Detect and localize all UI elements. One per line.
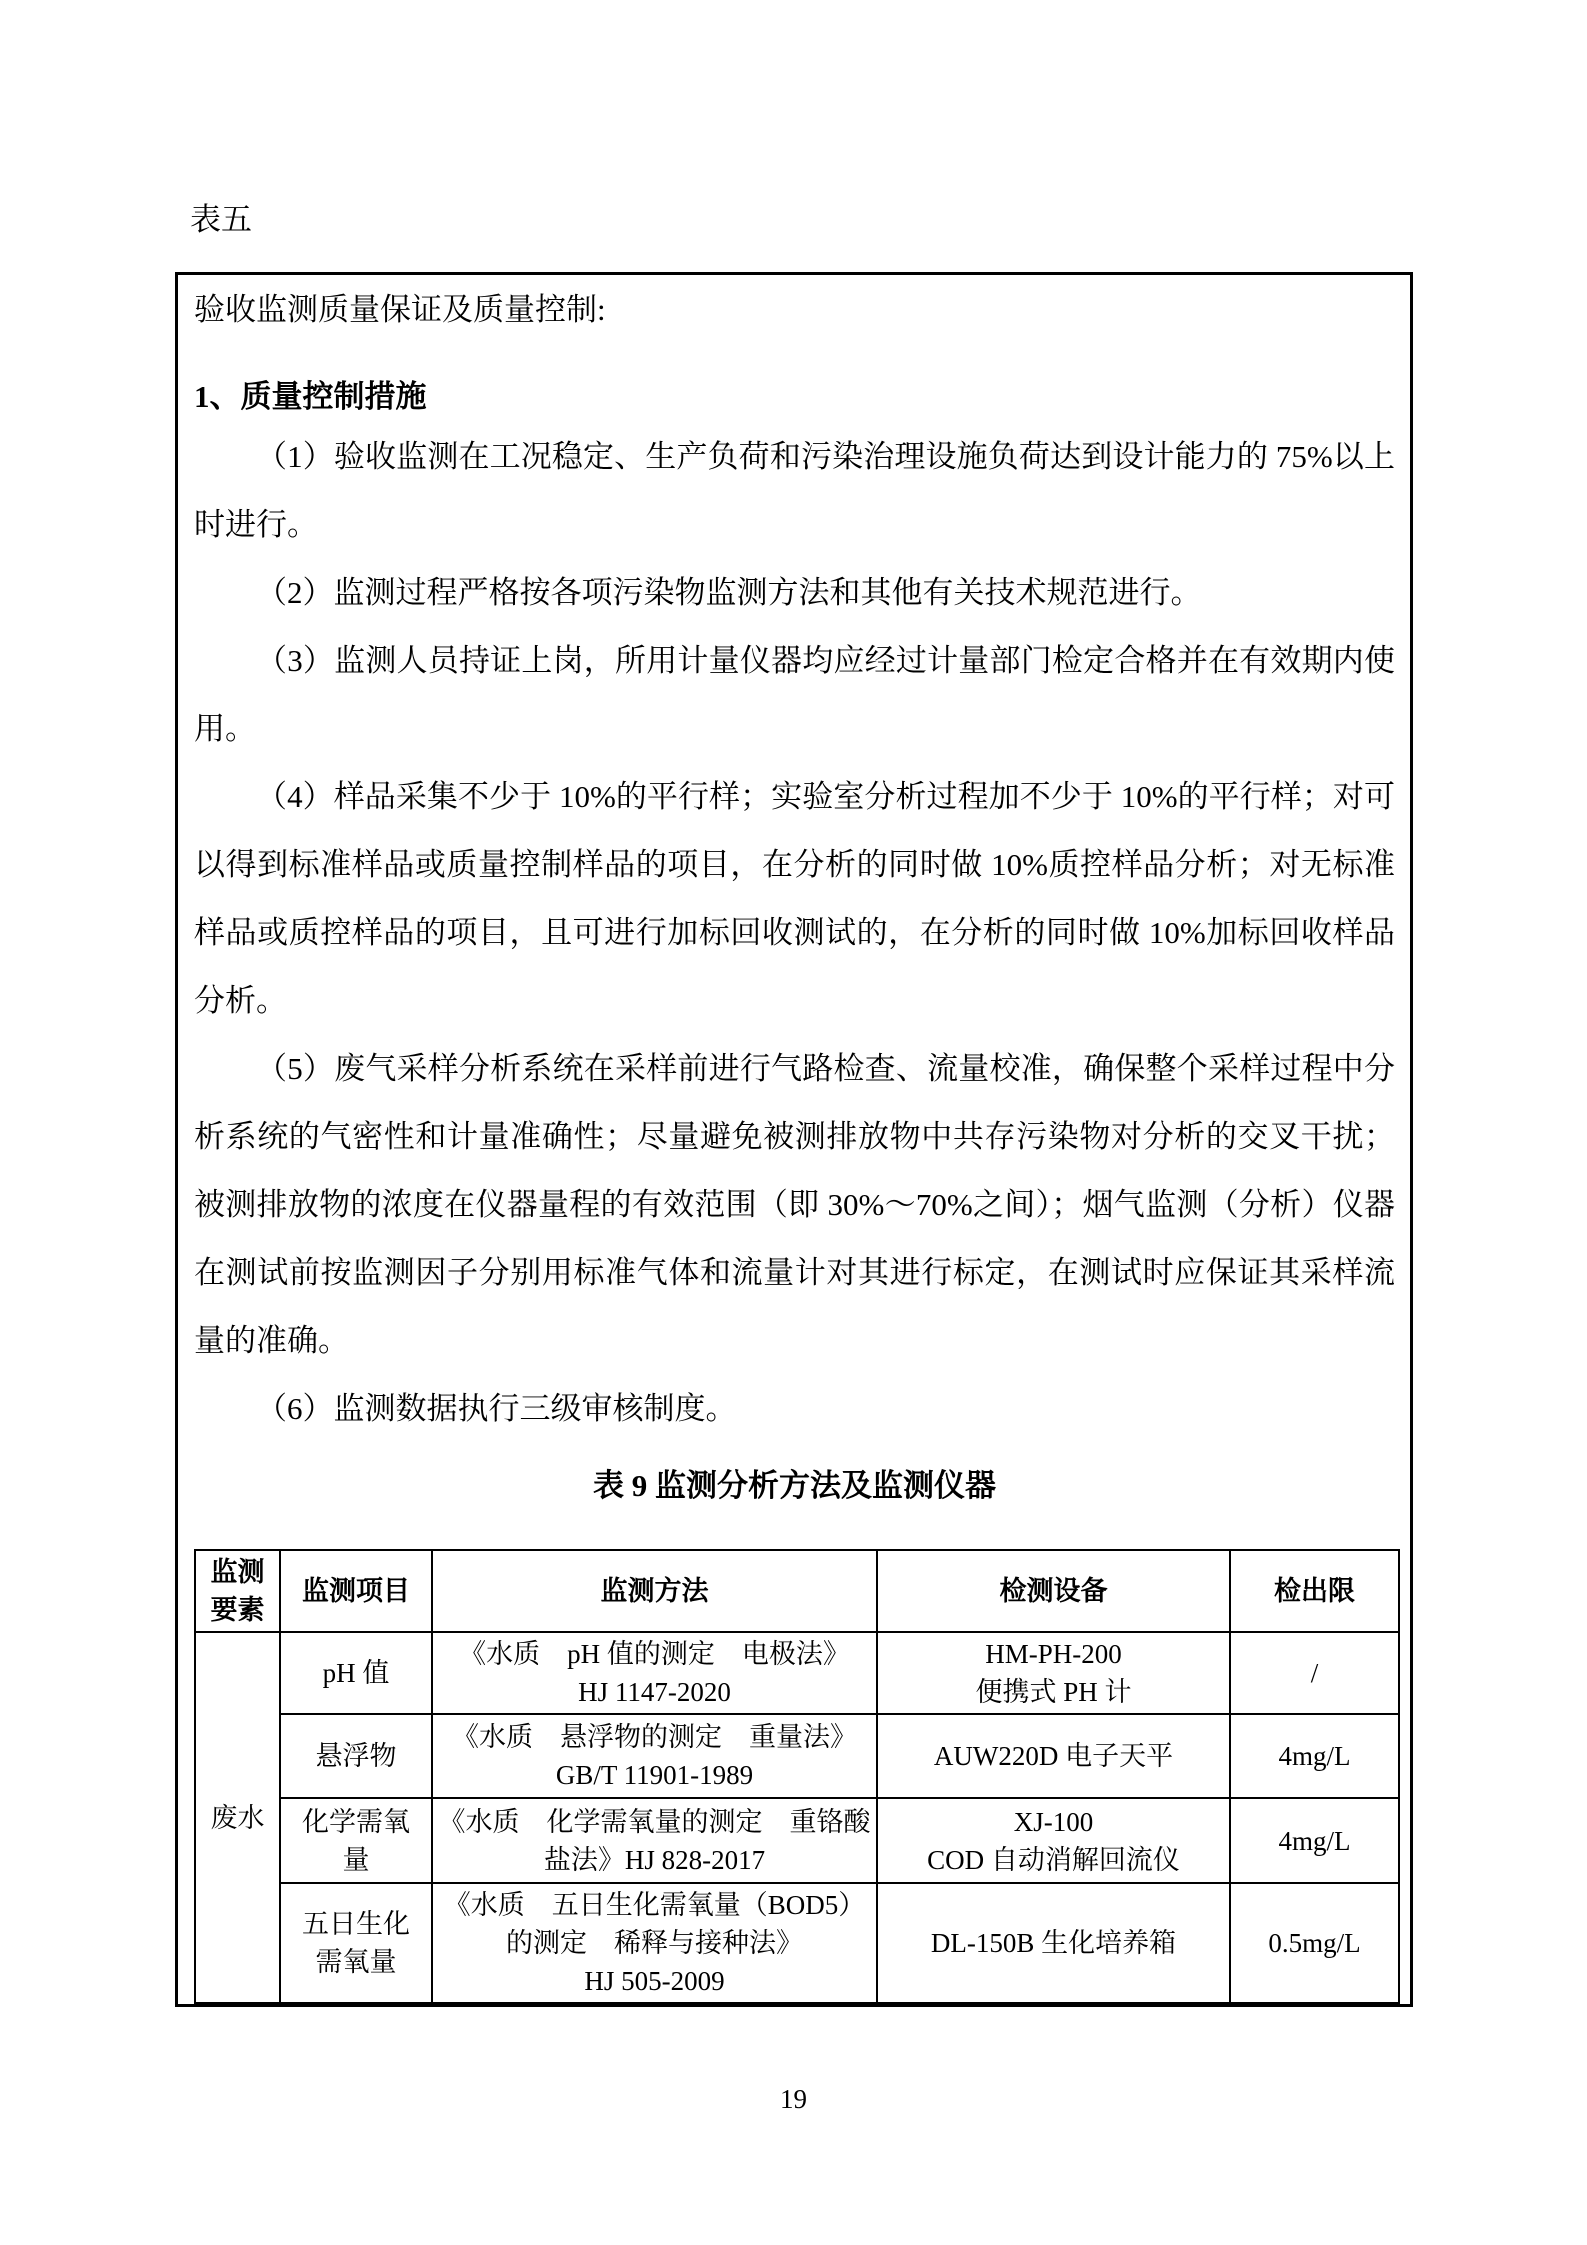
table-title: 表 9 监测分析方法及监测仪器	[194, 1459, 1395, 1513]
monitoring-table: 监测 要素 监测项目 监测方法 检测设备 检出限 废水 pH 值 《水质 pH …	[194, 1549, 1400, 2004]
table-row-ph: 废水 pH 值 《水质 pH 值的测定 电极法》 HJ 1147-2020 HM…	[195, 1632, 1399, 1714]
paragraph-4: （4）样品采集不少于 10%的平行样；实验室分析过程加不少于 10%的平行样；对…	[194, 763, 1395, 1035]
table-row-ss: 悬浮物 《水质 悬浮物的测定 重量法》 GB/T 11901-1989 AUW2…	[195, 1714, 1399, 1798]
item-cell: pH 值	[280, 1632, 432, 1714]
device-cell: DL-150B 生化培养箱	[877, 1883, 1230, 2003]
method-cell: 《水质 pH 值的测定 电极法》 HJ 1147-2020	[432, 1632, 877, 1714]
limit-cell: /	[1230, 1632, 1399, 1714]
intro-text: 验收监测质量保证及质量控制:	[194, 285, 1395, 335]
table-row-cod: 化学需氧 量 《水质 化学需氧量的测定 重铬酸 盐法》HJ 828-2017 X…	[195, 1798, 1399, 1883]
limit-cell: 4mg/L	[1230, 1798, 1399, 1883]
device-cell: AUW220D 电子天平	[877, 1714, 1230, 1798]
content-box: 验收监测质量保证及质量控制: 1、质量控制措施 （1）验收监测在工况稳定、生产负…	[175, 272, 1413, 2007]
item-cell: 五日生化 需氧量	[280, 1883, 432, 2003]
element-cell: 废水	[195, 1632, 280, 2003]
device-cell: HM-PH-200 便携式 PH 计	[877, 1632, 1230, 1714]
col-header-element: 监测 要素	[195, 1550, 280, 1632]
col-header-method: 监测方法	[432, 1550, 877, 1632]
paragraph-6: （6）监测数据执行三级审核制度。	[194, 1375, 1395, 1443]
method-cell: 《水质 化学需氧量的测定 重铬酸 盐法》HJ 828-2017	[432, 1798, 877, 1883]
paragraph-3: （3）监测人员持证上岗，所用计量仪器均应经过计量部门检定合格并在有效期内使用。	[194, 627, 1395, 763]
limit-cell: 4mg/L	[1230, 1714, 1399, 1798]
page-number: 19	[0, 2082, 1587, 2116]
table-header-row: 监测 要素 监测项目 监测方法 检测设备 检出限	[195, 1550, 1399, 1632]
device-cell: XJ-100 COD 自动消解回流仪	[877, 1798, 1230, 1883]
paragraph-1: （1）验收监测在工况稳定、生产负荷和污染治理设施负荷达到设计能力的 75%以上时…	[194, 423, 1395, 559]
col-header-limit: 检出限	[1230, 1550, 1399, 1632]
paragraph-2: （2）监测过程严格按各项污染物监测方法和其他有关技术规范进行。	[194, 559, 1395, 627]
paragraph-5: （5）废气采样分析系统在采样前进行气路检查、流量校准，确保整个采样过程中分析系统…	[194, 1035, 1395, 1375]
method-cell: 《水质 悬浮物的测定 重量法》 GB/T 11901-1989	[432, 1714, 877, 1798]
col-header-device: 检测设备	[877, 1550, 1230, 1632]
section-heading: 1、质量控制措施	[194, 371, 1395, 423]
page-label: 表五	[190, 200, 252, 240]
item-cell: 化学需氧 量	[280, 1798, 432, 1883]
item-cell: 悬浮物	[280, 1714, 432, 1798]
limit-cell: 0.5mg/L	[1230, 1883, 1399, 2003]
method-cell: 《水质 五日生化需氧量（BOD5） 的测定 稀释与接种法》 HJ 505-200…	[432, 1883, 877, 2003]
table-row-bod5: 五日生化 需氧量 《水质 五日生化需氧量（BOD5） 的测定 稀释与接种法》 H…	[195, 1883, 1399, 2003]
col-header-item: 监测项目	[280, 1550, 432, 1632]
